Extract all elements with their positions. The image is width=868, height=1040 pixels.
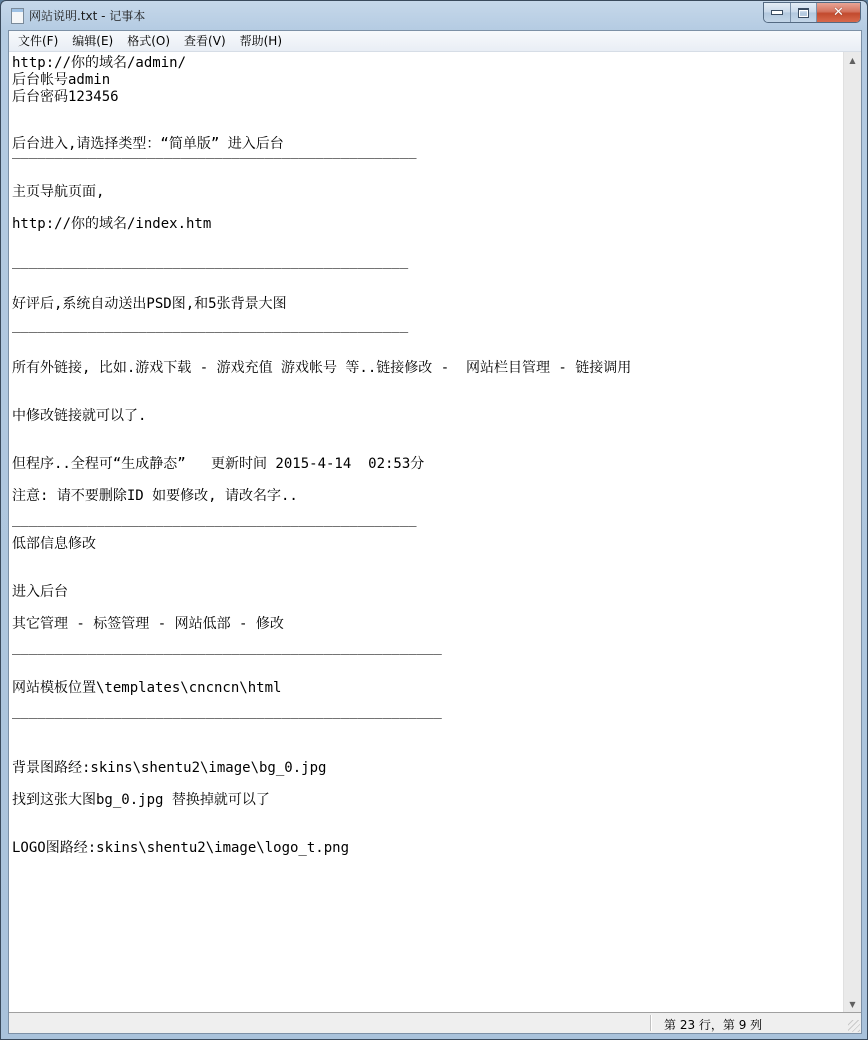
menu-view[interactable]: 查看(V) bbox=[178, 31, 232, 51]
text-line: LOGO图路经:skins\shentu2\image\logo_t.png bbox=[12, 840, 349, 856]
text-line: http://你的域名/admin/ bbox=[12, 55, 186, 71]
notepad-window: 网站说明.txt - 记事本 ✕ 文件(F) 编辑(E) 格式(O) 查看(V)… bbox=[0, 0, 868, 1040]
text-line: http://你的域名/index.htm bbox=[12, 216, 211, 232]
text-line: 中修改链接就可以了. bbox=[12, 408, 146, 424]
text-line: 网站模板位置\templates\cncncn\html bbox=[12, 680, 281, 696]
text-line: 所有外链接, 比如.游戏下载 - 游戏充值 游戏帐号 等..链接修改 - 网站栏… bbox=[12, 360, 631, 376]
text-line: ________________________________________… bbox=[12, 253, 408, 269]
minimize-button[interactable] bbox=[764, 3, 791, 22]
text-line: 好评后,系统自动送出PSD图,和5张背景大图 bbox=[12, 296, 287, 312]
maximize-icon bbox=[798, 8, 809, 18]
status-separator bbox=[650, 1015, 651, 1031]
text-line: 进入后台 bbox=[12, 584, 68, 600]
title-bar[interactable]: 网站说明.txt - 记事本 ✕ bbox=[1, 1, 867, 29]
cursor-position: 第 23 行，第 9 列 bbox=[664, 1016, 762, 1033]
menu-help[interactable]: 帮助(H) bbox=[234, 31, 288, 51]
text-line: ________________________________________… bbox=[12, 703, 442, 719]
scroll-down-arrow-icon[interactable]: ▼ bbox=[844, 996, 861, 1013]
vertical-scrollbar[interactable]: ▲ ▼ bbox=[843, 52, 861, 1013]
minimize-icon bbox=[771, 10, 783, 15]
text-line: 主页导航页面, bbox=[12, 184, 104, 200]
text-line: ________________________________________… bbox=[12, 143, 417, 159]
text-line: ________________________________________… bbox=[12, 639, 442, 655]
window-title: 网站说明.txt - 记事本 bbox=[29, 7, 145, 24]
menu-edit[interactable]: 编辑(E) bbox=[66, 31, 119, 51]
notepad-app-icon[interactable] bbox=[11, 8, 24, 24]
resize-grip-icon[interactable] bbox=[848, 1020, 860, 1032]
status-bar: 第 23 行，第 9 列 bbox=[9, 1012, 861, 1033]
text-line: ________________________________________… bbox=[12, 511, 417, 527]
notepad-client-area: 文件(F) 编辑(E) 格式(O) 查看(V) 帮助(H) http://你的域… bbox=[8, 30, 862, 1034]
close-button[interactable]: ✕ bbox=[817, 3, 860, 22]
text-line: ________________________________________… bbox=[12, 317, 408, 333]
text-line: 找到这张大图bg_0.jpg 替换掉就可以了 bbox=[12, 792, 270, 808]
text-line: 低部信息修改 bbox=[12, 536, 96, 552]
close-icon: ✕ bbox=[833, 6, 844, 19]
caption-buttons: ✕ bbox=[763, 2, 861, 23]
text-line: 后台密码123456 bbox=[12, 89, 119, 105]
text-editor-area[interactable]: http://你的域名/admin/后台帐号admin后台密码123456后台进… bbox=[9, 52, 843, 1013]
menu-bar: 文件(F) 编辑(E) 格式(O) 查看(V) 帮助(H) bbox=[9, 31, 861, 52]
text-line: 背景图路经:skins\shentu2\image\bg_0.jpg bbox=[12, 760, 326, 776]
scroll-up-arrow-icon[interactable]: ▲ bbox=[844, 52, 861, 69]
text-line: 注意: 请不要删除ID 如要修改, 请改名字.. bbox=[12, 488, 298, 504]
text-line: 其它管理 - 标签管理 - 网站低部 - 修改 bbox=[12, 616, 284, 632]
maximize-button[interactable] bbox=[791, 3, 817, 22]
text-line: 后台帐号admin bbox=[12, 72, 110, 88]
text-line: 但程序..全程可“生成静态” 更新时间 2015-4-14 02:53分 bbox=[12, 456, 424, 472]
menu-file[interactable]: 文件(F) bbox=[12, 31, 64, 51]
menu-format[interactable]: 格式(O) bbox=[121, 31, 176, 51]
